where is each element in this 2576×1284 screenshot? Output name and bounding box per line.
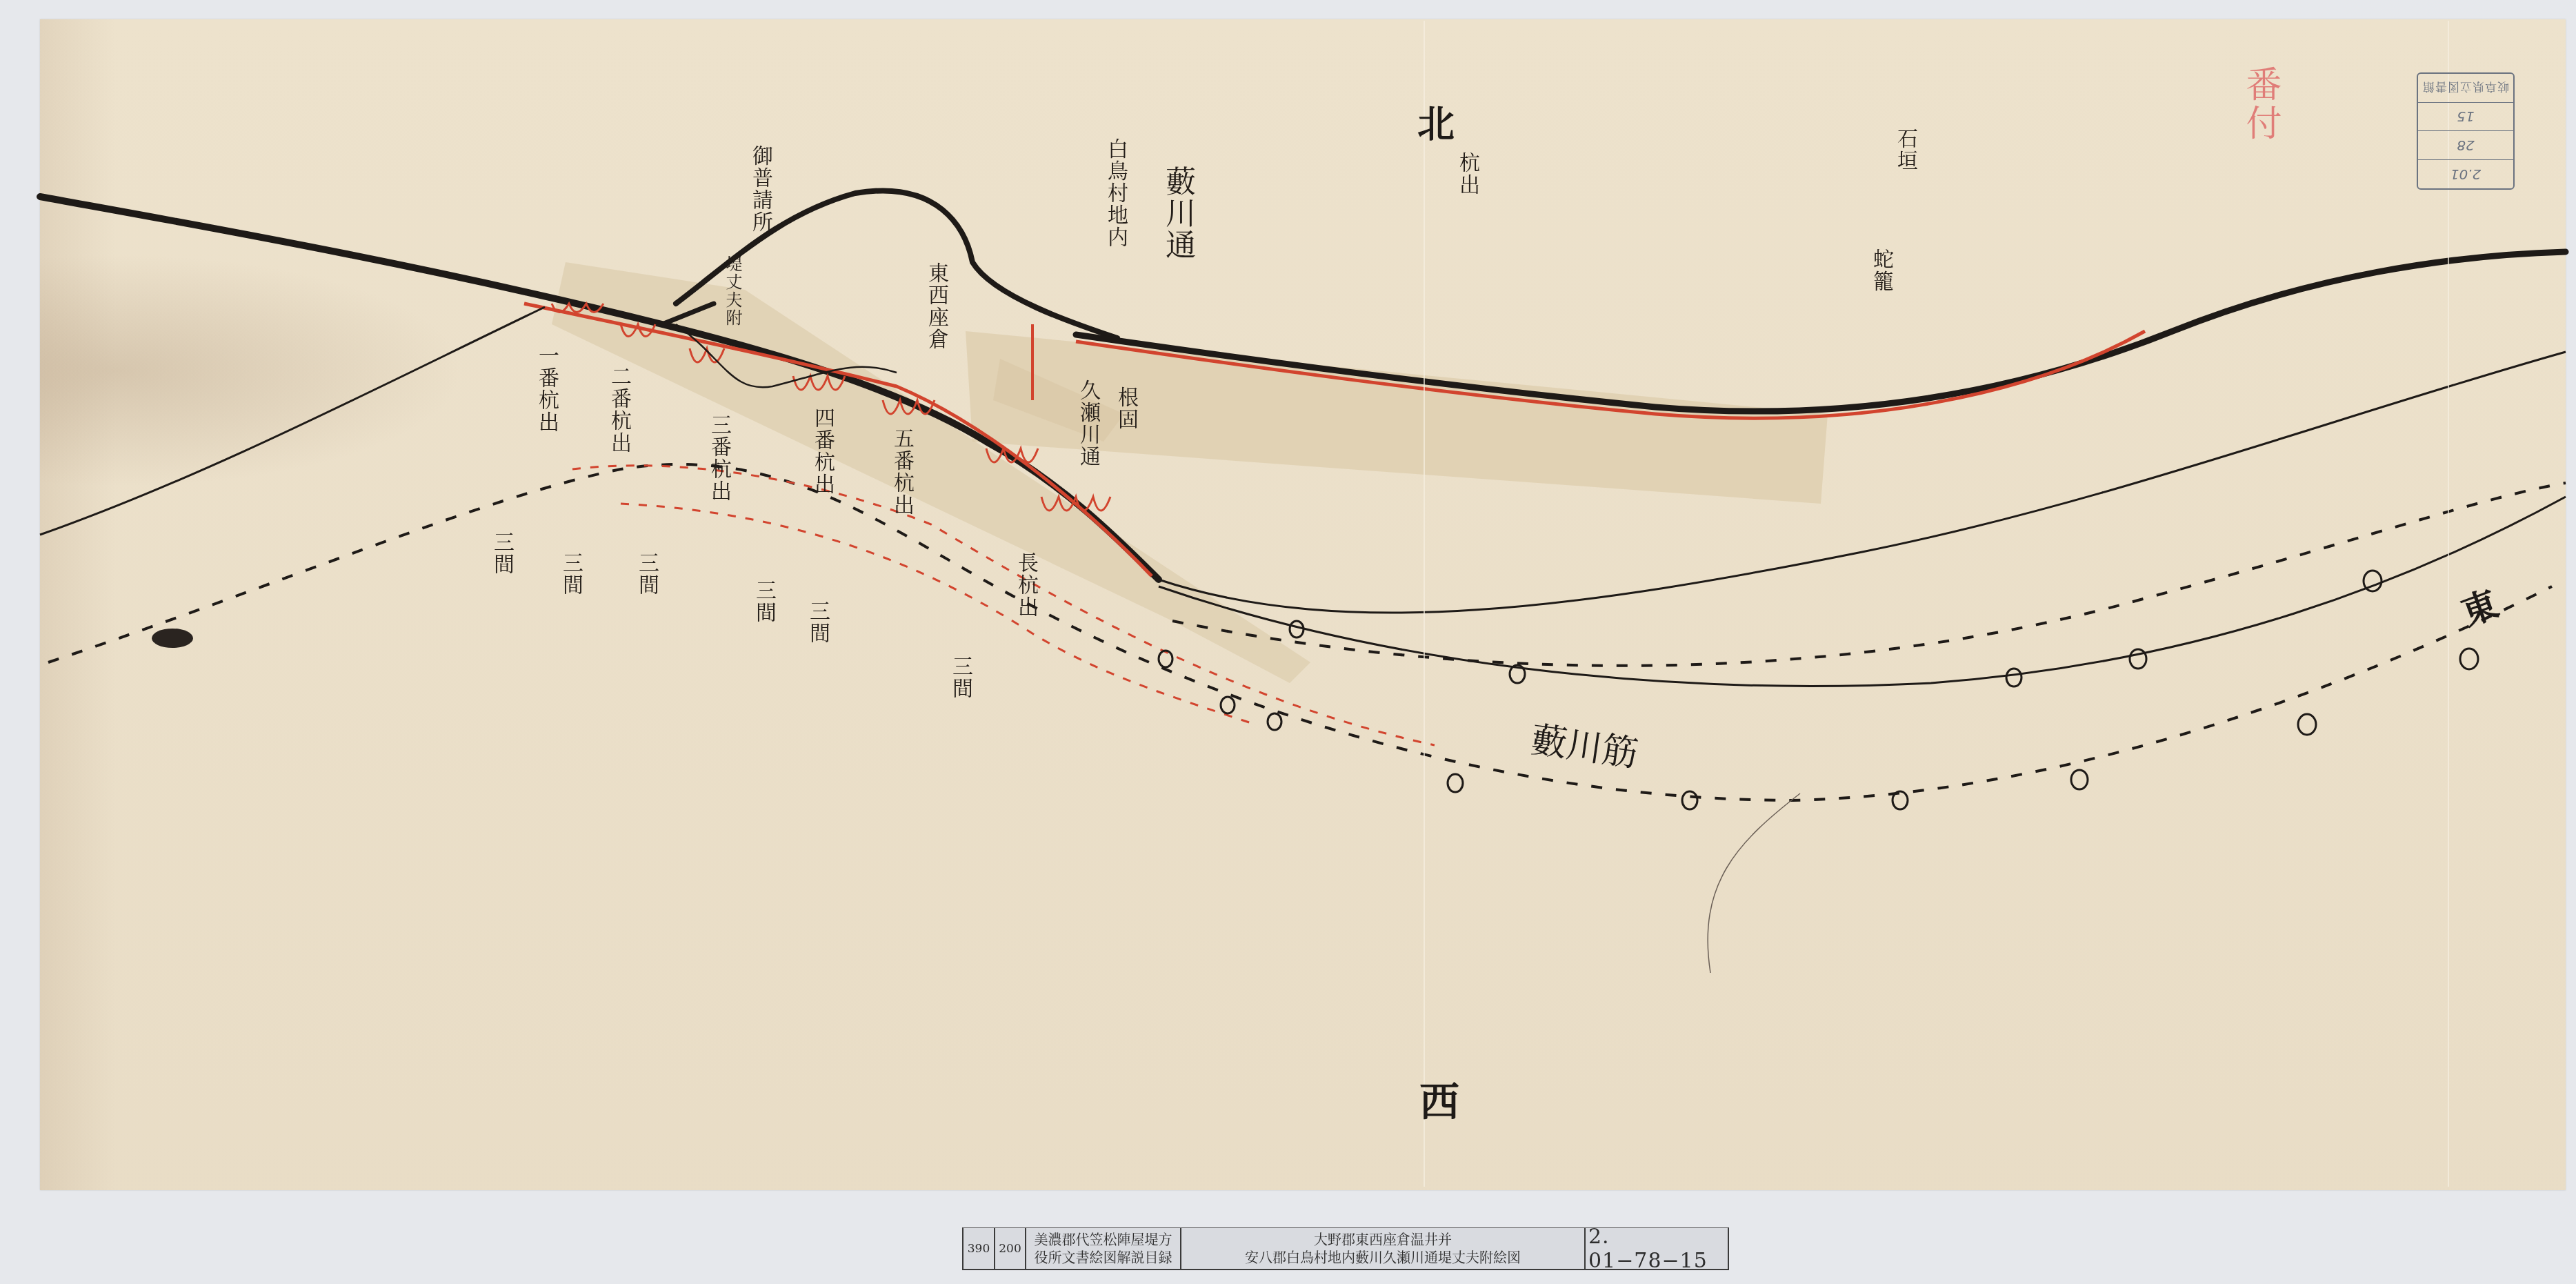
map-drawing xyxy=(0,0,2576,1284)
stray-curve xyxy=(1708,793,1800,973)
map-title-line2: 安八郡白鳥村地内藪川久瀬川通堤丈夫附絵図 xyxy=(1245,1249,1521,1267)
map-title: 大野郡東西座倉温井并 安八郡白鳥村地内藪川久瀬川通堤丈夫附絵図 xyxy=(1181,1228,1586,1269)
south-label: 西 xyxy=(1419,1069,1459,1127)
point-label: 三番杭出 xyxy=(707,414,730,502)
note-column: 東西座倉 xyxy=(924,262,948,350)
note-column: 御普請所 xyxy=(748,145,772,233)
measure-label: 三間 xyxy=(635,552,658,596)
measure-label: 三間 xyxy=(490,531,513,575)
north-label: 北 xyxy=(1417,95,1455,148)
stamp-row: 15 xyxy=(2418,102,2513,131)
catalog-title: 美濃郡代笠松陣屋堤方 役所文書絵図解説目録 xyxy=(1026,1228,1181,1269)
note-column: 藪川通 xyxy=(1166,166,1189,261)
stamp-institution: 岐阜県立図書館 xyxy=(2418,74,2513,102)
measure-label: 三間 xyxy=(559,552,582,596)
catalog-page: 200 xyxy=(995,1228,1026,1269)
measure-label: 三間 xyxy=(948,655,972,700)
library-stamp: 2.01 28 15 岐阜県立図書館 xyxy=(2417,72,2515,190)
catalog-code: 2. 01−78−15 xyxy=(1586,1228,1728,1269)
measure-label: 三間 xyxy=(806,600,829,644)
note-column: 石垣 xyxy=(1893,128,1917,172)
point-label: 二番杭出 xyxy=(607,366,630,454)
river-course-dashed xyxy=(48,464,2552,800)
stamp-row: 2.01 xyxy=(2418,159,2513,188)
river-bank-left xyxy=(40,307,545,535)
note-column: 根固 xyxy=(1114,386,1137,431)
catalog-label: 390 200 美濃郡代笠松陣屋堤方 役所文書絵図解説目録 大野郡東西座倉温井并… xyxy=(962,1227,1729,1270)
point-label: 一番杭出 xyxy=(535,345,558,433)
catalog-title-line1: 美濃郡代笠松陣屋堤方 xyxy=(1035,1231,1172,1249)
measure-label: 三間 xyxy=(752,580,775,624)
note-column: 杭出 xyxy=(1455,152,1479,196)
stake-markers xyxy=(1159,571,2478,809)
river-bank-right-lower xyxy=(1159,497,2566,686)
note-column: 白鳥村地内 xyxy=(1104,138,1127,248)
map-title-line1: 大野郡東西座倉温井并 xyxy=(1314,1231,1452,1249)
catalog-title-line2: 役所文書絵図解説目録 xyxy=(1035,1249,1172,1267)
point-label: 五番杭出 xyxy=(890,428,913,516)
note-column: 蛇籠 xyxy=(1869,248,1893,293)
ink-blot xyxy=(152,629,193,648)
river-course-dashed-upper xyxy=(1172,483,2566,666)
note-column: 久瀬川通 xyxy=(1076,379,1099,468)
catalog-number: 390 xyxy=(963,1228,995,1269)
stamp-row: 28 xyxy=(2418,131,2513,160)
point-label: 長杭出 xyxy=(1014,552,1037,618)
red-annotation: 番付 xyxy=(2235,66,2286,143)
note-column: 堤丈夫附 xyxy=(721,255,744,327)
point-label: 四番杭出 xyxy=(810,407,834,495)
